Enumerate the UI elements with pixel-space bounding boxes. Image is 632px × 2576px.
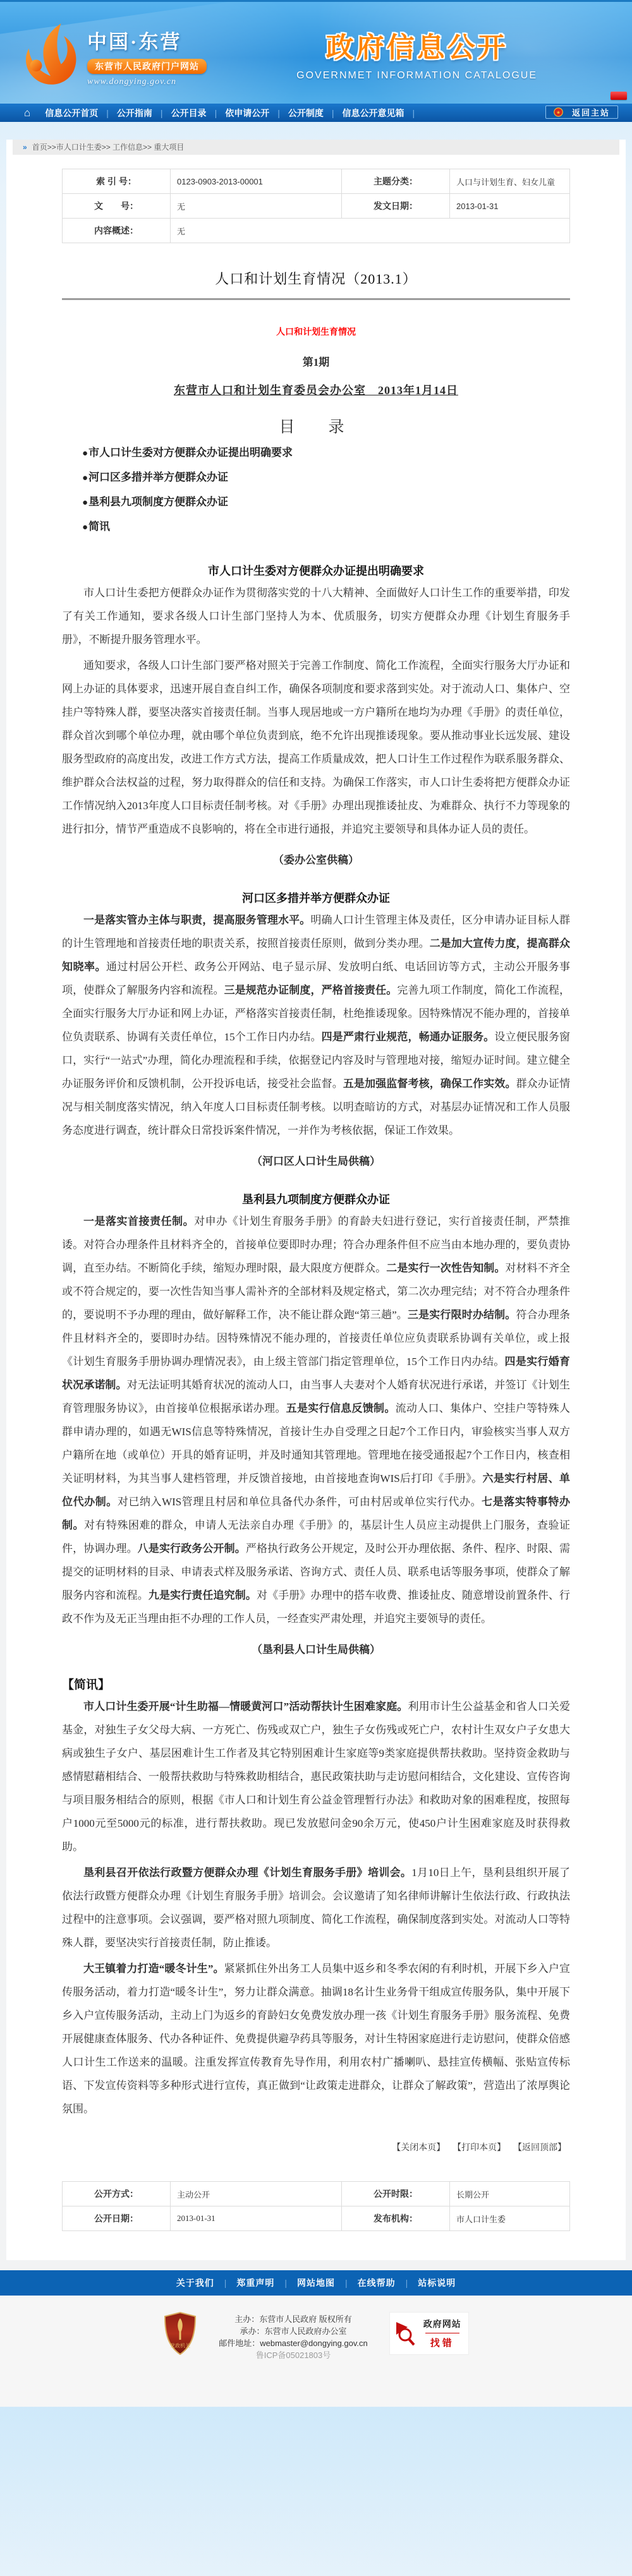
page-title: 人口和计划生育情况（2013.1） bbox=[62, 268, 570, 288]
briefs-label: 【简讯】 bbox=[62, 1675, 570, 1692]
page-banner: 政府信息公开 GOVERNMET INFORMATION CATALOGUE bbox=[296, 25, 537, 81]
breadcrumb-arrows-icon: » bbox=[23, 143, 27, 152]
bulletin-red-title: 人口和计划生育情况 bbox=[62, 325, 570, 338]
nav-item-info-home[interactable]: 信息公开首页 bbox=[45, 107, 98, 119]
nav-separator: | bbox=[106, 108, 109, 118]
site-error-report-badge[interactable]: 政府网站 找错 bbox=[389, 2312, 469, 2355]
section-byline: （河口区人口计生局供稿） bbox=[62, 1152, 570, 1168]
title-divider bbox=[62, 298, 570, 300]
national-emblem-icon: ★ bbox=[554, 107, 563, 117]
footer-separator: | bbox=[406, 2278, 408, 2288]
error-badge-line2: 找错 bbox=[422, 2336, 463, 2349]
site-name: 中国·东营 bbox=[87, 26, 207, 54]
table-row: 公开日期： 2013-01-31 发布机构： 市人口计生委 bbox=[63, 2206, 570, 2231]
briefs-body: 市人口计生委开展“计生助福—情暖黄河口”活动帮扶计生困难家庭。利用市计生公益基金… bbox=[62, 1695, 570, 2121]
section-body: 一是落实管办主体与职责，提高服务管理水平。明确人口计生管理主体及责任，区分申请办… bbox=[62, 908, 570, 1142]
banner-subtitle: GOVERNMET INFORMATION CATALOGUE bbox=[296, 70, 537, 81]
footer-separator: | bbox=[224, 2278, 227, 2288]
site-subtitle-ribbon: 东营市人民政府门户网站 bbox=[87, 59, 207, 74]
section-heading: 市人口计生委对方便群众办证提出明确要求 bbox=[62, 562, 570, 579]
dongying-logo-icon bbox=[18, 21, 83, 87]
toc-item: 市人口计生委对方便群众办证提出明确要求 bbox=[82, 441, 570, 466]
table-row: 索 引 号： 0123-0903-2013-00001 主题分类： 人口与计划生… bbox=[63, 169, 570, 194]
footer-link-about[interactable]: 关于我们 bbox=[176, 2277, 214, 2289]
page-actions: 【关闭本页】 【打印本页】 【返回顶部】 bbox=[66, 2141, 566, 2153]
site-url: www.dongying.gov.cn bbox=[87, 77, 207, 87]
footer-nav: 关于我们| 郑重声明| 网站地图| 在线帮助| 站标说明 bbox=[0, 2270, 632, 2296]
pub-value-date: 2013-01-31 bbox=[171, 2206, 342, 2231]
section-byline: （委办公室供稿） bbox=[62, 851, 570, 867]
footer-host-line: 主办：东营市人民政府 版权所有 bbox=[219, 2313, 368, 2325]
main-navbar: ⌂ 信息公开首页| 公开指南| 公开目录| 依申请公开| 公开制度| 信息公开意… bbox=[0, 104, 632, 122]
nav-item-catalogue[interactable]: 公开目录 bbox=[171, 107, 207, 119]
site-header: 中国·东营 东营市人民政府门户网站 www.dongying.gov.cn 政府… bbox=[0, 0, 632, 104]
section-heading: 河口区多措并举方便群众办证 bbox=[62, 889, 570, 906]
section-body: 市人口计生委把方便群众办证作为贯彻落实党的十八大精神、全面做好人口计生工作的重要… bbox=[62, 581, 570, 841]
pub-label-method: 公开方式： bbox=[63, 2182, 171, 2206]
error-badge-divider bbox=[425, 2333, 459, 2333]
close-page-link[interactable]: 【关闭本页】 bbox=[392, 2142, 445, 2152]
document-meta-table: 索 引 号： 0123-0903-2013-00001 主题分类： 人口与计划生… bbox=[62, 169, 570, 243]
meta-value-docno: 无 bbox=[171, 194, 342, 219]
nav-item-guide[interactable]: 公开指南 bbox=[117, 107, 152, 119]
breadcrumb[interactable]: »首页>>市人口计生委>> 工作信息>> 重大项目 bbox=[13, 140, 619, 155]
section-body: 一是落实首接责任制。对申办《计划生育服务手册》的育龄夫妇进行登记，实行首接责任制… bbox=[62, 1210, 570, 1630]
footer-icp-number: 鲁ICP备05021803号 bbox=[219, 2349, 368, 2361]
pub-value-method: 主动公开 bbox=[171, 2182, 342, 2206]
gov-agency-shield-icon: 党政机关 bbox=[163, 2312, 197, 2355]
svg-text:★: ★ bbox=[556, 110, 561, 116]
article-paragraph: 市人口计生委把方便群众办证作为贯彻落实党的十八大精神、全面做好人口计生工作的重要… bbox=[62, 581, 570, 651]
footer-link-help[interactable]: 在线帮助 bbox=[358, 2277, 396, 2289]
toc-list: 市人口计生委对方便群众办证提出明确要求 河口区多措并举方便群众办证 垦利县九项制… bbox=[62, 441, 570, 539]
bottom-footer: 党政机关 主办：东营市人民政府 版权所有 承办：东营市人民政府办公室 邮件地址：… bbox=[0, 2296, 632, 2407]
article-paragraph: 一是落实首接责任制。对申办《计划生育服务手册》的育龄夫妇进行登记，实行首接责任制… bbox=[62, 1210, 570, 1630]
meta-label-index: 索 引 号： bbox=[63, 169, 171, 194]
meta-value-category: 人口与计划生育、妇女儿童 bbox=[450, 169, 570, 194]
toc-item: 河口区多措并举方便群众办证 bbox=[82, 466, 570, 490]
toc-title: 目 录 bbox=[62, 414, 570, 437]
error-badge-texts: 政府网站 找错 bbox=[422, 2318, 463, 2349]
section-byline: （垦利县人口计生局供稿） bbox=[62, 1640, 570, 1656]
content-card: »首页>>市人口计生委>> 工作信息>> 重大项目 索 引 号： 0123-09… bbox=[6, 140, 626, 2260]
table-row: 内容概述： 无 bbox=[63, 219, 570, 243]
footer-email-line: 邮件地址：webmaster@dongying.gov.cn bbox=[219, 2337, 368, 2349]
footer-link-logo-info[interactable]: 站标说明 bbox=[418, 2277, 456, 2289]
pub-label-date: 公开日期： bbox=[63, 2206, 171, 2231]
pub-label-duration: 公开时限： bbox=[342, 2182, 450, 2206]
nav-item-mailbox[interactable]: 信息公开意见箱 bbox=[342, 107, 404, 119]
article-paragraph: 垦利县召开依法行政暨方便群众办理《计划生育服务手册》培训会。1月10日上午，垦利… bbox=[62, 1861, 570, 1954]
footer-separator: | bbox=[345, 2278, 348, 2288]
meta-label-date: 发文日期： bbox=[342, 194, 450, 219]
pub-value-agency: 市人口计生委 bbox=[450, 2206, 570, 2231]
toc-item: 简讯 bbox=[82, 515, 570, 539]
breadcrumb-path: 首页>>市人口计生委>> 工作信息>> 重大项目 bbox=[32, 143, 185, 152]
article-paragraph: 大王镇着力打造“暖冬计生”。紧紧抓住外出务工人员集中返乡和冬季农闲的有利时机，开… bbox=[62, 1957, 570, 2121]
site-identity: 中国·东营 东营市人民政府门户网站 www.dongying.gov.cn bbox=[87, 21, 207, 87]
section-heading: 垦利县九项制度方便群众办证 bbox=[62, 1191, 570, 1207]
footer-host-lines: 主办：东营市人民政府 版权所有 承办：东营市人民政府办公室 邮件地址：webma… bbox=[219, 2312, 368, 2361]
nav-separator: | bbox=[412, 108, 415, 118]
header-corner-badge-icon[interactable] bbox=[611, 92, 627, 100]
error-magnifier-icon bbox=[395, 2321, 416, 2346]
meta-value-date: 2013-01-31 bbox=[450, 194, 570, 219]
table-row: 公开方式： 主动公开 公开时限： 长期公开 bbox=[63, 2182, 570, 2206]
back-to-main-label: 返回主站 bbox=[572, 106, 610, 118]
nav-item-apply[interactable]: 依申请公开 bbox=[225, 107, 269, 119]
meta-value-index: 0123-0903-2013-00001 bbox=[171, 169, 342, 194]
article-paragraph: 通知要求，各级人口计生部门要严格对照关于完善工作制度、简化工作流程，全面实行服务… bbox=[62, 654, 570, 841]
back-to-main-button[interactable]: ★ 返回主站 bbox=[545, 105, 618, 119]
error-badge-line1: 政府网站 bbox=[422, 2318, 463, 2330]
gov-agency-shield-label: 党政机关 bbox=[170, 2342, 190, 2349]
publication-meta-table: 公开方式： 主动公开 公开时限： 长期公开 公开日期： 2013-01-31 发… bbox=[62, 2181, 570, 2231]
meta-label-category: 主题分类： bbox=[342, 169, 450, 194]
article-paragraph: 市人口计生委开展“计生助福—情暖黄河口”活动帮扶计生困难家庭。利用市计生公益基金… bbox=[62, 1695, 570, 1858]
table-row: 文 号： 无 发文日期： 2013-01-31 bbox=[63, 194, 570, 219]
nav-separator: | bbox=[215, 108, 217, 118]
meta-value-summary: 无 bbox=[171, 219, 570, 243]
nav-item-system[interactable]: 公开制度 bbox=[288, 107, 324, 119]
home-icon[interactable]: ⌂ bbox=[24, 107, 30, 118]
footer-link-sitemap[interactable]: 网站地图 bbox=[297, 2277, 335, 2289]
footer-organizer-line: 承办：东营市人民政府办公室 bbox=[219, 2325, 368, 2337]
banner-title: 政府信息公开 bbox=[296, 25, 537, 65]
office-date-line: 东营市人口和计划生育委员会办公室 2013年1月14日 bbox=[62, 382, 570, 398]
issue-number: 第1期 bbox=[62, 353, 570, 369]
nav-separator: | bbox=[332, 108, 334, 118]
back-to-top-link[interactable]: 【返回顶部】 bbox=[513, 2142, 566, 2152]
pub-value-duration: 长期公开 bbox=[450, 2182, 570, 2206]
site-logo[interactable]: 中国·东营 东营市人民政府门户网站 www.dongying.gov.cn bbox=[18, 21, 207, 87]
pub-label-agency: 发布机构： bbox=[342, 2206, 450, 2231]
nav-separator: | bbox=[277, 108, 280, 118]
footer-separator: | bbox=[284, 2278, 287, 2288]
meta-label-docno: 文 号： bbox=[63, 194, 171, 219]
nav-separator: | bbox=[161, 108, 163, 118]
toc-item: 垦利县九项制度方便群众办证 bbox=[82, 490, 570, 515]
article: 人口和计划生育情况（2013.1） 人口和计划生育情况 第1期 东营市人口和计划… bbox=[62, 268, 570, 2231]
print-page-link[interactable]: 【打印本页】 bbox=[453, 2142, 506, 2152]
footer-link-statement[interactable]: 郑重声明 bbox=[236, 2277, 274, 2289]
meta-label-summary: 内容概述： bbox=[63, 219, 171, 243]
article-paragraph: 一是落实管办主体与职责，提高服务管理水平。明确人口计生管理主体及责任，区分申请办… bbox=[62, 908, 570, 1142]
